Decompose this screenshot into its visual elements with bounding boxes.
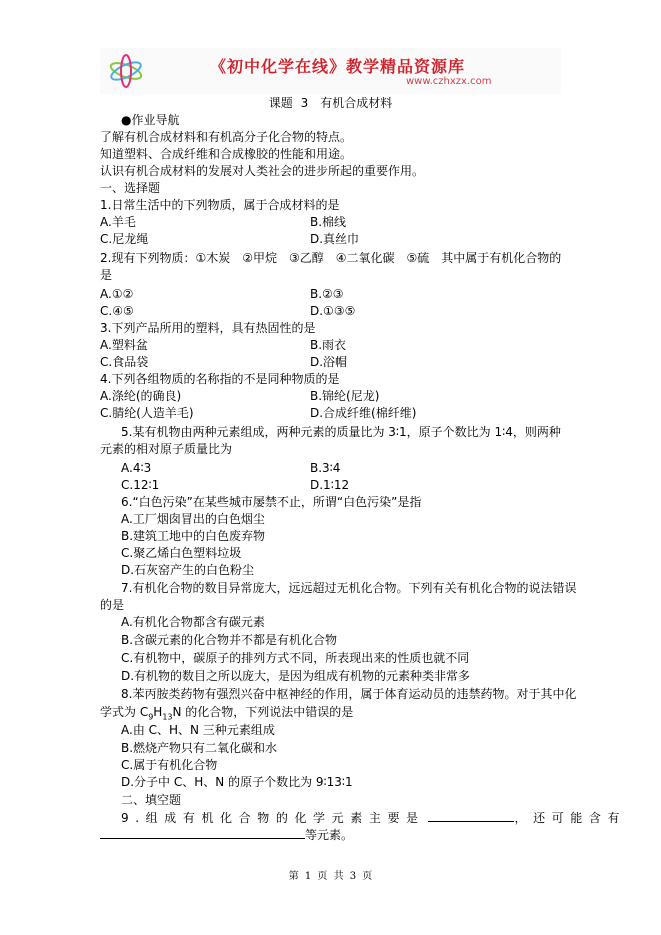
option-b: B.含碳元素的化合物并不都是有机化合物	[121, 632, 337, 649]
option-c: C.腈纶(人造羊毛)	[100, 405, 194, 422]
question-4-stem: 4.下列各组物质的名称指的不是同种物质的是	[100, 371, 339, 388]
question-7-stem: 7.有机化合物的数目异常庞大，远远超过无机化合物。下列有关有机化合物的说法错误	[121, 580, 576, 597]
option-b: B.棉线	[310, 214, 346, 231]
option-d: D.真丝巾	[310, 231, 359, 248]
option-d: D.浴帽	[310, 354, 347, 371]
banner-url-text: www.czhxzx.com	[406, 76, 492, 87]
option-d: D.石灰窑产生的白色粉尘	[121, 562, 254, 579]
question-5-stem-cont: 元素的相对原子质量比为	[100, 441, 232, 458]
option-d: D.①③⑤	[310, 303, 355, 320]
option-a: A.由 C、H、N 三种元素组成	[121, 722, 275, 739]
question-1-stem: 1.日常生活中的下列物质，属于合成材料的是	[100, 197, 339, 214]
formula-text: H	[153, 705, 162, 719]
page-footer: 第 1 页 共 3 页	[0, 867, 661, 882]
guide-item: 认识有机合成材料的发展对人类社会的进步所起的重要作用。	[100, 163, 424, 180]
document-title: 课题 3 有机合成材料	[0, 94, 661, 111]
guide-item: 了解有机合成材料和有机高分子化合物的特点。	[100, 129, 352, 146]
stem-text: 等元素。	[305, 828, 353, 842]
option-a: A.羊毛	[100, 214, 136, 231]
atom-orbit-logo-icon	[106, 52, 146, 90]
question-9-stem: 9.组成有机化合物的化学元素主要是 ，还可能含有	[121, 809, 626, 827]
question-3-stem: 3.下列产品所用的塑料，具有热固性的是	[100, 320, 315, 337]
section-heading-choice: 一、选择题	[100, 180, 160, 197]
option-c: C.尼龙绳	[100, 231, 148, 248]
option-c: C.属于有机化合物	[121, 757, 217, 774]
option-d: D.分子中 C、H、N 的原子个数比为 9∶13∶1	[121, 774, 353, 791]
option-a: A.塑料盆	[100, 337, 148, 354]
option-b: B.锦纶(尼龙)	[310, 388, 379, 405]
stem-text: N 的化合物，下列说法中错误的是	[173, 705, 354, 719]
banner-title: 《初中化学在线》教学精品资源库	[210, 54, 550, 77]
option-c: C.食品袋	[100, 354, 148, 371]
option-a: A.4∶3	[121, 460, 151, 477]
option-b: B.3∶4	[310, 460, 340, 477]
option-a: A.工厂烟囱冒出的白色烟尘	[121, 511, 265, 528]
stem-text: 9.组成有机化合物的化学元素主要是	[121, 811, 425, 825]
header-banner: 《初中化学在线》教学精品资源库 www.czhxzx.com	[100, 48, 561, 94]
option-a: A.①②	[100, 286, 133, 303]
option-b: B.燃烧产物只有二氧化碳和水	[121, 740, 277, 757]
question-6-stem: 6.“白色污染”在某些城市屡禁不止，所谓“白色污染”是指	[121, 494, 421, 511]
stem-text: ，还可能含有	[514, 811, 626, 825]
section-heading-fill: 二、填空题	[121, 792, 181, 809]
stem-text: 学式为 C	[100, 705, 148, 719]
option-c: C.④⑤	[100, 303, 134, 320]
option-b: B.雨衣	[310, 337, 346, 354]
answer-blank-1[interactable]	[428, 809, 514, 822]
option-d: D.合成纤维(棉纤维)	[310, 405, 416, 422]
question-9-stem-cont: 等元素。	[100, 826, 353, 844]
option-c: C.聚乙烯白色塑料垃圾	[121, 545, 241, 562]
option-c: C.12∶1	[121, 477, 159, 494]
question-2-stem: 2.现有下列物质：①木炭 ②甲烷 ③乙醇 ④二氧化碳 ⑤硫 其中属于有机化合物的	[100, 250, 561, 267]
option-b: B.建筑工地中的白色废弃物	[121, 528, 265, 545]
option-d: D.1∶12	[310, 477, 349, 494]
question-8-stem: 8.苯丙胺类药物有强烈兴奋中枢神经的作用，属于体育运动员的违禁药物。对于其中化	[121, 686, 576, 703]
question-5-stem: 5.某有机物由两种元素组成，两种元素的质量比为 3∶1，原子个数比为 1∶4，则…	[121, 424, 561, 441]
guide-heading: ●作业导航	[121, 112, 179, 129]
guide-item: 知道塑料、合成纤维和合成橡胶的性能和用途。	[100, 146, 352, 163]
option-a: A.涤纶(的确良)	[100, 388, 181, 405]
option-b: B.②③	[310, 286, 344, 303]
option-d: D.有机物的数目之所以庞大，是因为组成有机物的元素种类非常多	[121, 668, 470, 685]
option-a: A.有机化合物都含有碳元素	[121, 614, 265, 631]
answer-blank-2[interactable]	[100, 826, 305, 839]
formula-subscript: 13	[162, 712, 172, 721]
question-2-stem-cont: 是	[100, 267, 112, 284]
option-c: C.有机物中，碳原子的排列方式不同，所表现出来的性质也就不同	[121, 650, 469, 667]
question-7-stem-cont: 的是	[100, 597, 124, 614]
